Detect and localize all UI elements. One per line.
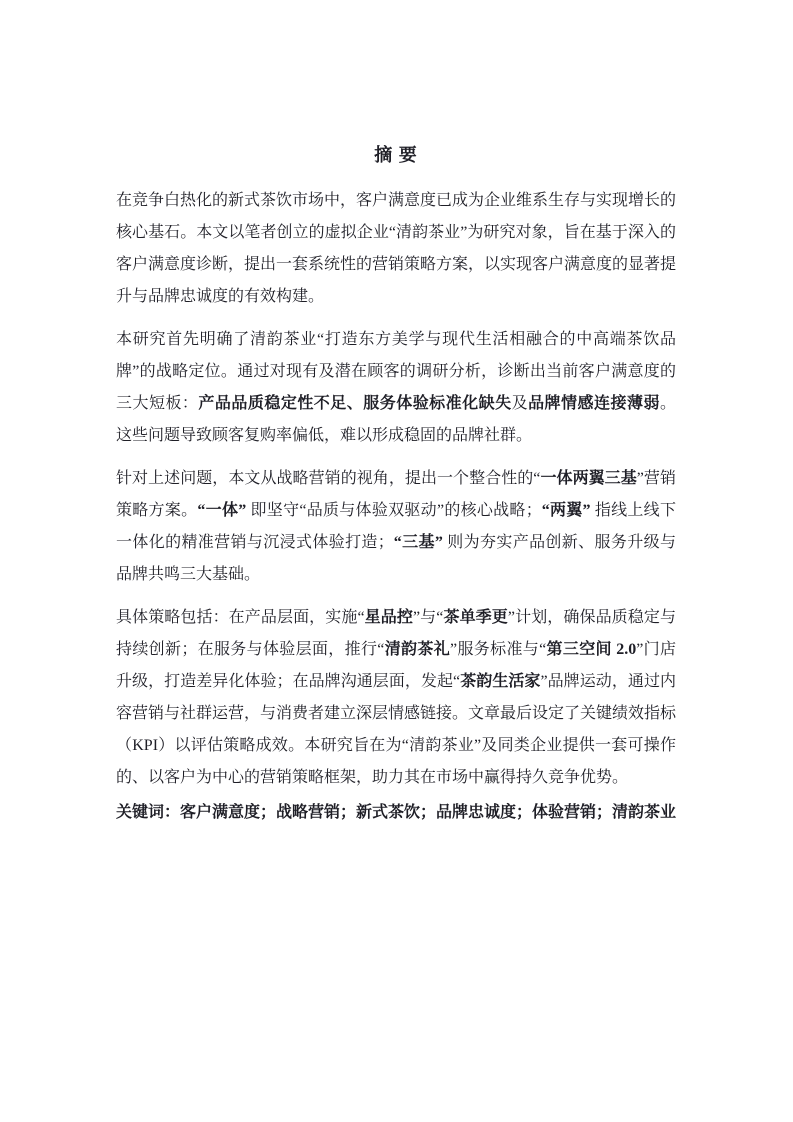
abstract-title: 摘 要 <box>116 143 676 167</box>
bold-text-run: 茶韵生活家 <box>460 673 540 690</box>
keywords-line: 关键词：客户满意度；战略营销；新式茶饮；品牌忠诚度；体验营销；清韵茶业 <box>116 797 676 829</box>
document-page: 摘 要 在竞争白热化的新式茶饮市场中，客户满意度已成为企业维系生存与实现增长的核… <box>0 0 793 1122</box>
bold-text-run: “三基” <box>394 534 443 551</box>
bold-text-run: 茶单季更 <box>443 609 508 626</box>
bold-text-run: 关键词：客户满意度；战略营销；新式茶饮；品牌忠诚度；体验营销；清韵茶业 <box>116 804 676 821</box>
bold-text-run: “一体” <box>197 502 246 519</box>
paragraph-2: 本研究首先明确了清韵茶业“打造东方美学与现代生活相融合的中高端茶饮品牌”的战略定… <box>116 324 676 452</box>
text-run: 即坚守“品质与体验双驱动”的核心战略； <box>246 502 541 519</box>
abstract-body: 在竞争白热化的新式茶饮市场中，客户满意度已成为企业维系生存与实现增长的核心基石。… <box>116 185 676 794</box>
text-run: 及 <box>512 395 528 412</box>
bold-text-run: 第三空间 2.0 <box>546 641 636 658</box>
bold-text-run: “两翼” <box>542 502 591 519</box>
bold-text-run: 清韵茶礼 <box>384 641 450 658</box>
bold-text-run: 产品品质稳定性不足、服务体验标准化缺失 <box>198 395 511 412</box>
text-run: 针对上述问题，本文从战略营销的视角，提出一个整合性的“ <box>116 470 540 487</box>
bold-text-run: 一体两翼三基 <box>540 470 636 487</box>
text-run: 在竞争白热化的新式茶饮市场中，客户满意度已成为企业维系生存与实现增长的核心基石。… <box>116 192 676 305</box>
text-run: ”服务标准与“ <box>450 641 546 658</box>
text-run: ”与“ <box>413 609 443 626</box>
paragraph-4: 具体策略包括：在产品层面，实施“星品控”与“茶单季更”计划，确保品质稳定与持续创… <box>116 602 676 794</box>
text-run: 具体策略包括：在产品层面，实施“ <box>116 609 365 626</box>
paragraph-3: 针对上述问题，本文从战略营销的视角，提出一个整合性的“一体两翼三基”营销策略方案… <box>116 463 676 591</box>
bold-text-run: 品牌情感连接薄弱 <box>528 395 660 412</box>
bold-text-run: 星品控 <box>365 609 413 626</box>
paragraph-1: 在竞争白热化的新式茶饮市场中，客户满意度已成为企业维系生存与实现增长的核心基石。… <box>116 185 676 313</box>
